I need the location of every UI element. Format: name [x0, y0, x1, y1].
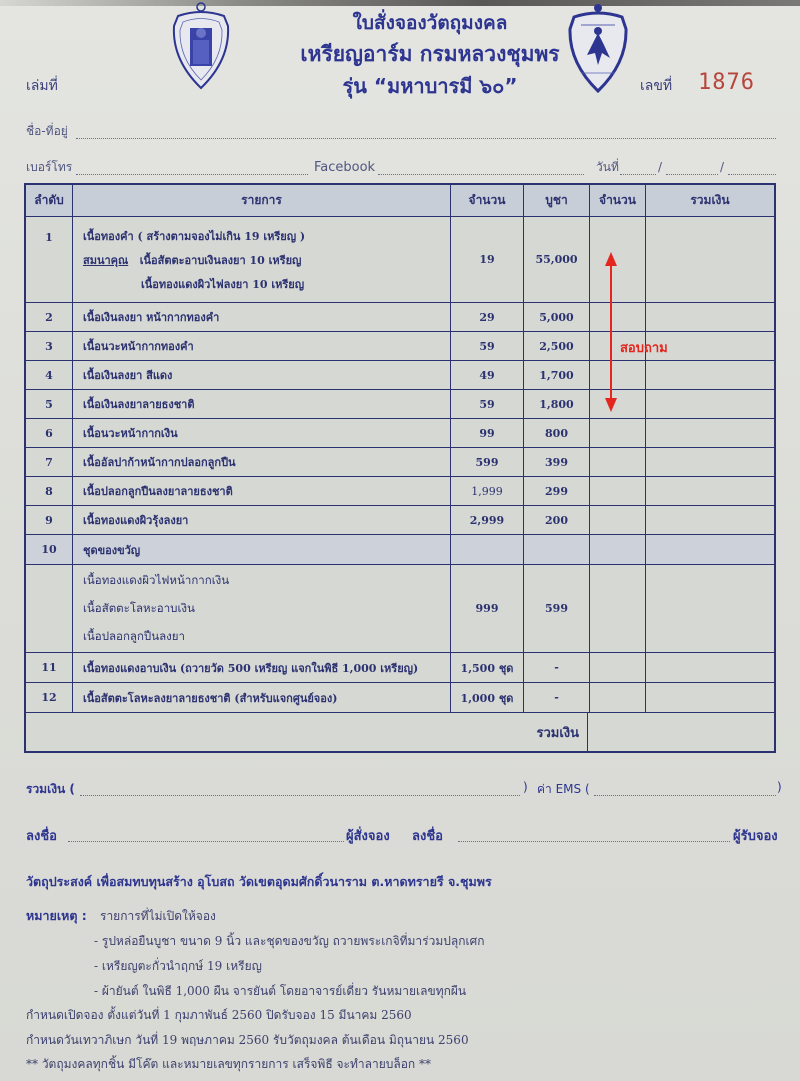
row-item: เนื้อสัตตะโลหะลงยาลายธงชาติ (สำหรับแจกศู… [73, 683, 451, 712]
row-qty: 1,000 ชุด [451, 683, 524, 712]
order-qty-input[interactable] [590, 535, 646, 564]
table-row-gift-set: 10 ชุดของขวัญ [26, 535, 774, 565]
header-qty-available: จำนวน [451, 185, 524, 216]
row-item: เนื้อปลอกลูกปืนลงยาลายธงชาติ [73, 477, 451, 505]
ceremony-date: กำหนดวันเทวาภิเษก วันที่ 19 พฤษภาคม 2560… [26, 1031, 469, 1050]
row-price: 2,500 [524, 332, 590, 360]
row-total-input[interactable] [646, 565, 774, 652]
serial-number-label: เลขที่ [640, 75, 672, 97]
table-row: 12 เนื้อสัตตะโลหะลงยาลายธงชาติ (สำหรับแจ… [26, 683, 774, 713]
row-qty: 59 [451, 332, 524, 360]
table-row: 4 เนื้อเงินลงยา สีแดง 49 1,700 [26, 361, 774, 390]
order-qty-input[interactable] [590, 653, 646, 682]
total-amount-field[interactable] [80, 795, 520, 796]
header-item: รายการ [73, 185, 451, 216]
row-item: เนื้อเงินลงยาลายธงชาติ [73, 390, 451, 418]
header-qty-order: จำนวน [590, 185, 646, 216]
order-qty-input[interactable] [590, 419, 646, 447]
row-item: เนื้อทองแดงผิวรุ้งลงยา [73, 506, 451, 534]
row-price: - [524, 683, 590, 712]
row-no: 8 [26, 477, 73, 505]
note-item: - เหรียญตะกั่วนำฤกษ์ 19 เหรียญ [94, 957, 262, 976]
total-amount-label: รวมเงิน ( [26, 780, 75, 799]
row-no: 5 [26, 390, 73, 418]
table-row: 7 เนื้ออัลปาก้าหน้ากากปลอกลูกปืน 599 399 [26, 448, 774, 477]
row-item-line: เนื้อสัตตะโลหะอาบเงิน [83, 600, 229, 618]
row-total-input[interactable] [646, 506, 774, 534]
order-qty-input[interactable] [590, 683, 646, 712]
table-total-label: รวมเงิน [26, 713, 588, 751]
order-qty-input[interactable] [590, 390, 646, 418]
date-year-field[interactable] [728, 174, 776, 175]
table-row: 11 เนื้อทองแดงอาบเงิน (ถวายวัด 500 เหรีย… [26, 653, 774, 683]
book-number-label: เล่มที่ [26, 75, 58, 97]
ems-fee-close: ) [777, 780, 782, 794]
form-title: ใบสั่งจองวัตถุมงคล [290, 8, 570, 38]
ems-fee-field[interactable] [594, 795, 776, 796]
row-item: เนื้อเงินลงยา หน้ากากทองคำ [73, 303, 451, 331]
row-qty: 29 [451, 303, 524, 331]
row-qty: 19 [451, 217, 524, 302]
row-total-input[interactable] [646, 303, 774, 331]
note-label: หมายเหตุ : [26, 906, 87, 926]
deity-medallion-icon [567, 3, 629, 93]
purpose-text: วัตถุประสงค์ เพื่อสมทบทุนสร้าง อุโบสถ วั… [26, 872, 492, 892]
order-qty-input[interactable] [590, 217, 646, 302]
facebook-field[interactable] [378, 174, 584, 175]
header-total: รวมเงิน [646, 185, 774, 216]
row-total-input[interactable] [646, 419, 774, 447]
name-address-label: ชื่อ-ที่อยู่ [26, 122, 68, 141]
serial-number-value: 1876 [698, 70, 755, 95]
table-row: 5 เนื้อเงินลงยาลายธงชาติ 59 1,800 [26, 390, 774, 419]
row-qty: 999 [451, 565, 524, 652]
row-total-input[interactable] [646, 217, 774, 302]
row-total-input[interactable] [646, 477, 774, 505]
row-price: 1,800 [524, 390, 590, 418]
table-row: 6 เนื้อนวะหน้ากากเงิน 99 800 [26, 419, 774, 448]
row-total-input[interactable] [646, 535, 774, 564]
row-price: 299 [524, 477, 590, 505]
row-total-input[interactable] [646, 390, 774, 418]
date-separator: / [658, 160, 662, 174]
row-qty: 599 [451, 448, 524, 476]
row-price: - [524, 653, 590, 682]
row-total-input[interactable] [646, 448, 774, 476]
row-total-input[interactable] [646, 683, 774, 712]
row-price: 599 [524, 565, 590, 652]
table-header-row: ลำดับ รายการ จำนวน บูชา จำนวน รวมเงิน [26, 185, 774, 217]
table-row: 9 เนื้อทองแดงผิวรุ้งลงยา 2,999 200 [26, 506, 774, 535]
closing-note: ** วัตถุมงคลทุกชิ้น มีโค๊ต และหมายเลขทุก… [26, 1055, 431, 1074]
top-edge-shadow [0, 0, 800, 6]
row-qty: 1,999 [451, 477, 524, 505]
row-no: 7 [26, 448, 73, 476]
row-item: เนื้อเงินลงยา สีแดง [73, 361, 451, 389]
row-item: เนื้อนวะหน้ากากทองคำ [73, 332, 451, 360]
order-form-page: เล่มที่ ใบสั่งจองวัตถุมงคล เหรียญอาร์ม ก… [0, 0, 800, 1081]
row-no: 11 [26, 653, 73, 682]
row-qty: 99 [451, 419, 524, 447]
order-qty-input[interactable] [590, 565, 646, 652]
row-item: เนื้อทองคำ ( สร้างตามจองไม่เกิน 19 เหรีย… [73, 217, 451, 302]
row-price: 200 [524, 506, 590, 534]
date-label: วันที่ [596, 158, 619, 177]
orderer-label: ผู้สั่งจอง [346, 825, 390, 846]
name-address-field[interactable] [76, 138, 776, 139]
order-qty-input[interactable] [590, 506, 646, 534]
row-total-input[interactable] [646, 361, 774, 389]
row-item: เนื้ออัลปาก้าหน้ากากปลอกลูกปืน [73, 448, 451, 476]
row-price: 800 [524, 419, 590, 447]
row-total-input[interactable] [646, 653, 774, 682]
order-qty-input[interactable] [590, 303, 646, 331]
receiver-signature-field[interactable] [458, 841, 730, 842]
total-amount-close: ) [523, 780, 528, 794]
date-separator: / [720, 160, 724, 174]
booking-period: กำหนดเปิดจอง ตั้งแต่วันที่ 1 กุมภาพันธ์ … [26, 1006, 412, 1025]
table-row: 8 เนื้อปลอกลูกปืนลงยาลายธงชาติ 1,999 299 [26, 477, 774, 506]
double-arrow-icon [604, 252, 618, 412]
header-no: ลำดับ [26, 185, 73, 216]
row-no [26, 565, 73, 652]
phone-field[interactable] [76, 174, 308, 175]
note-intro: รายการที่ไม่เปิดให้จอง [100, 907, 216, 926]
order-qty-input[interactable] [590, 361, 646, 389]
row-item: ชุดของขวัญ [73, 535, 451, 564]
row-item-line: เนื้อทองคำ ( สร้างตามจองไม่เกิน 19 เหรีย… [83, 227, 305, 245]
row-no: 6 [26, 419, 73, 447]
row-item-line: เนื้อทองแดงผิวไฟหน้ากากเงิน [83, 572, 229, 590]
row-qty [451, 535, 524, 564]
row-no: 9 [26, 506, 73, 534]
inquire-annotation: สอบถาม [620, 337, 668, 358]
row-price [524, 535, 590, 564]
row-no: 12 [26, 683, 73, 712]
row-price: 55,000 [524, 217, 590, 302]
phone-label: เบอร์โทร [26, 158, 72, 177]
row-item-line: เนื้อทองแดงผิวไฟลงยา 10 เหรียญ [83, 275, 305, 293]
row-qty: 59 [451, 390, 524, 418]
row-no: 2 [26, 303, 73, 331]
sign-label-receiver: ลงชื่อ [412, 825, 443, 846]
table-total-row: รวมเงิน [26, 713, 774, 751]
row-no: 1 [26, 217, 73, 302]
table-row: 1 เนื้อทองคำ ( สร้างตามจองไม่เกิน 19 เหร… [26, 217, 774, 303]
receiver-label: ผู้รับจอง [733, 825, 778, 846]
note-item: - รูปหล่อยืนบูชา ขนาด 9 นิ้ว และชุดของขว… [94, 932, 484, 951]
row-no: 4 [26, 361, 73, 389]
table-row: เนื้อทองแดงผิวไฟหน้ากากเงิน เนื้อสัตตะโล… [26, 565, 774, 653]
ems-fee-label: ค่า EMS ( [537, 780, 590, 799]
date-day-field[interactable] [620, 174, 656, 175]
row-no: 10 [26, 535, 73, 564]
form-subtitle: เหรียญอาร์ม กรมหลวงชุมพร [290, 38, 570, 71]
order-qty-input[interactable] [590, 477, 646, 505]
order-qty-input[interactable] [590, 448, 646, 476]
order-table: ลำดับ รายการ จำนวน บูชา จำนวน รวมเงิน 1 … [24, 183, 776, 753]
row-qty: 1,500 ชุด [451, 653, 524, 682]
row-item-line: เนื้อสัตตะอาบเงินลงยา 10 เหรียญ [140, 254, 302, 267]
row-item: เนื้อทองแดงผิวไฟหน้ากากเงิน เนื้อสัตตะโล… [73, 565, 451, 652]
date-month-field[interactable] [666, 174, 718, 175]
orderer-signature-field[interactable] [68, 841, 344, 842]
row-qty: 49 [451, 361, 524, 389]
row-price: 399 [524, 448, 590, 476]
row-item: เนื้อนวะหน้ากากเงิน [73, 419, 451, 447]
row-item-line: เนื้อปลอกลูกปืนลงยา [83, 628, 229, 646]
row-no: 3 [26, 332, 73, 360]
note-item: - ผ้ายันต์ ในพิธี 1,000 ผืน จารยันต์ โดย… [94, 982, 466, 1001]
grand-total-input[interactable] [588, 713, 774, 751]
portrait-medallion-icon [170, 2, 232, 90]
row-price: 5,000 [524, 303, 590, 331]
sign-label-orderer: ลงชื่อ [26, 825, 57, 846]
row-price: 1,700 [524, 361, 590, 389]
form-edition: รุ่น “มหาบารมี ๖๐” [290, 70, 570, 102]
header-price: บูชา [524, 185, 590, 216]
table-row: 2 เนื้อเงินลงยา หน้ากากทองคำ 29 5,000 [26, 303, 774, 332]
bonus-label: สมนาคุณ [83, 254, 128, 267]
row-qty: 2,999 [451, 506, 524, 534]
facebook-label: Facebook [314, 160, 375, 175]
row-item: เนื้อทองแดงอาบเงิน (ถวายวัด 500 เหรียญ แ… [73, 653, 451, 682]
